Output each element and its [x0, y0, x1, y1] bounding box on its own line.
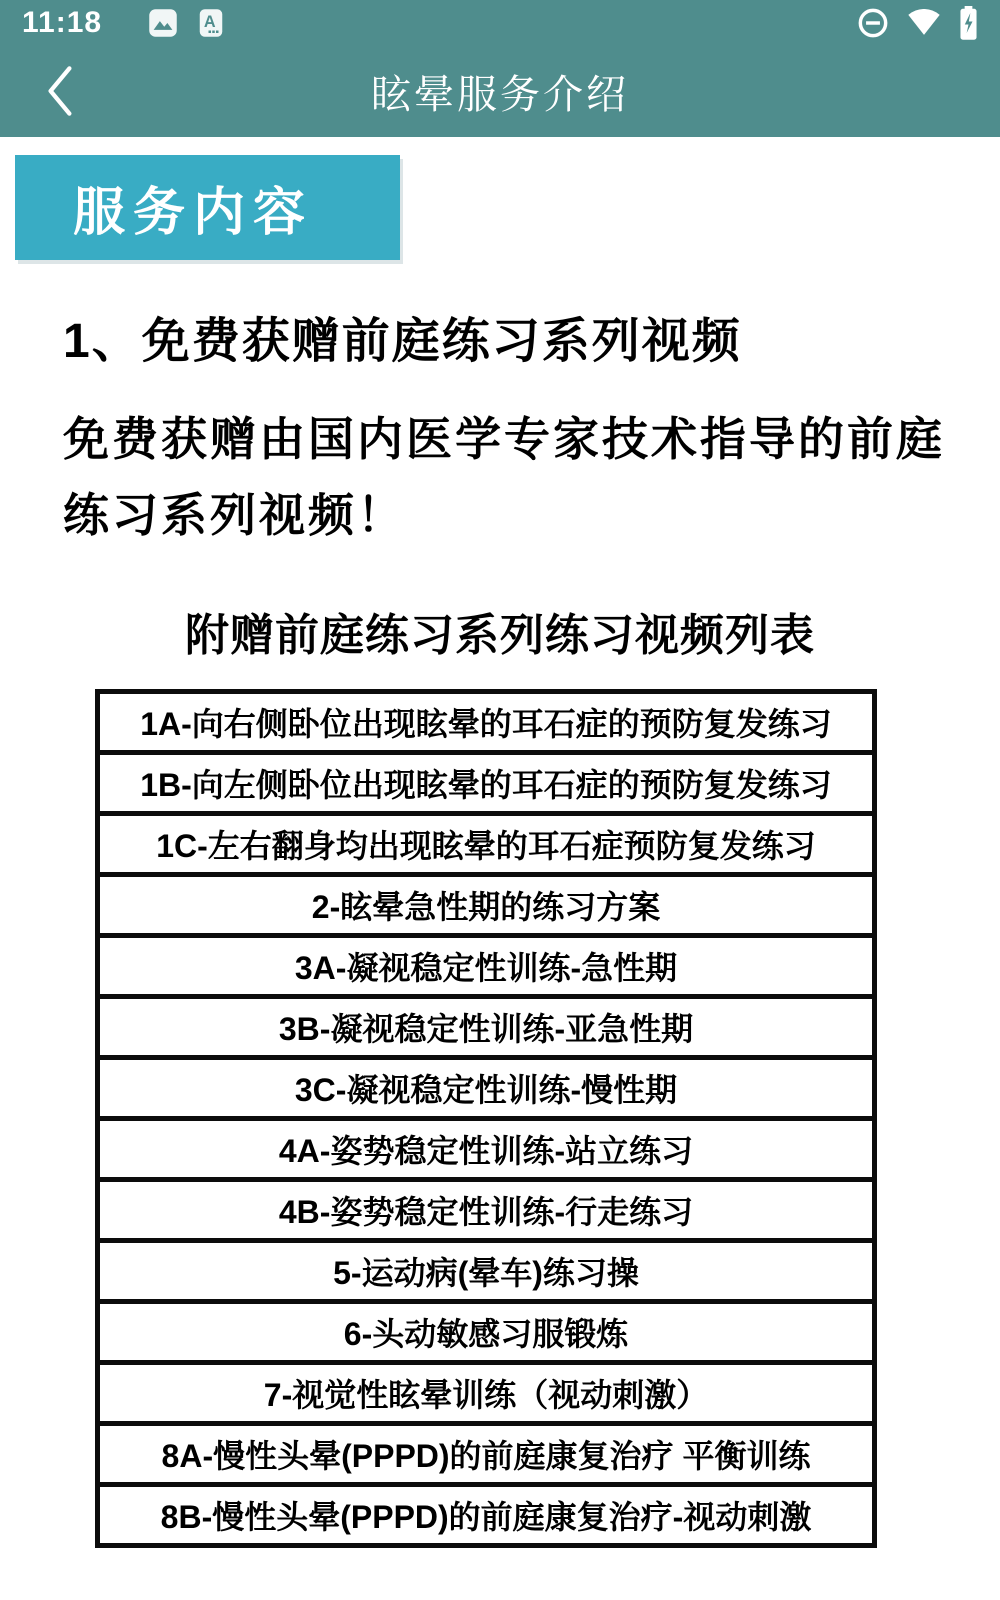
table-row: 4B-姿势稳定性训练-行走练习 [95, 1177, 877, 1243]
section-heading: 1、免费获赠前庭练习系列视频 [63, 302, 945, 371]
table-row: 3C-凝视稳定性训练-慢性期 [95, 1055, 877, 1121]
back-button[interactable] [38, 59, 82, 123]
status-bar: 11:18 A [0, 0, 1000, 45]
wifi-icon [907, 9, 941, 37]
table-row: 8A-慢性头晕(PPPD)的前庭康复治疗 平衡训练 [95, 1421, 877, 1487]
table-row: 1B-向左侧卧位出现眩晕的耳石症的预防复发练习 [95, 750, 877, 816]
table-row: 2-眩晕急性期的练习方案 [95, 872, 877, 938]
content-scroll[interactable]: 服务内容 1、免费获赠前庭练习系列视频 免费获赠由国内医学专家技术指导的前庭练习… [0, 155, 1000, 1548]
status-bar-right [857, 6, 978, 40]
video-table-title: 附赠前庭练习系列练习视频列表 [0, 599, 1000, 663]
table-row: 6-头动敏感习服锻炼 [95, 1299, 877, 1365]
section-paragraph: 免费获赠由国内医学专家技术指导的前庭练习系列视频！ [63, 401, 945, 553]
app-bar: 眩晕服务介绍 [0, 45, 1000, 137]
table-row: 7-视觉性眩晕训练（视动刺激） [95, 1360, 877, 1426]
table-row: 1C-左右翻身均出现眩晕的耳石症预防复发练习 [95, 811, 877, 877]
table-row: 4A-姿势稳定性训练-站立练习 [95, 1116, 877, 1182]
do-not-disturb-icon [857, 7, 889, 39]
status-bar-left: 11:18 A [22, 6, 224, 40]
section-badge: 服务内容 [15, 155, 400, 260]
table-row: 1A-向右侧卧位出现眩晕的耳石症的预防复发练习 [95, 689, 877, 755]
battery-charging-icon [959, 6, 978, 40]
table-row: 3A-凝视稳定性训练-急性期 [95, 933, 877, 999]
table-row: 8B-慢性头晕(PPPD)的前庭康复治疗-视动刺激 [95, 1482, 877, 1548]
clock-time: 11:18 [22, 6, 102, 40]
table-row: 3B-凝视稳定性训练-亚急性期 [95, 994, 877, 1060]
svg-text:A: A [204, 12, 216, 30]
page-title: 眩晕服务介绍 [0, 63, 1000, 120]
table-row: 5-运动病(晕车)练习操 [95, 1238, 877, 1304]
video-table: 1A-向右侧卧位出现眩晕的耳石症的预防复发练习1B-向左侧卧位出现眩晕的耳石症的… [95, 689, 877, 1548]
input-method-a-icon: A [198, 8, 224, 38]
screenshot-image-icon [148, 8, 178, 38]
